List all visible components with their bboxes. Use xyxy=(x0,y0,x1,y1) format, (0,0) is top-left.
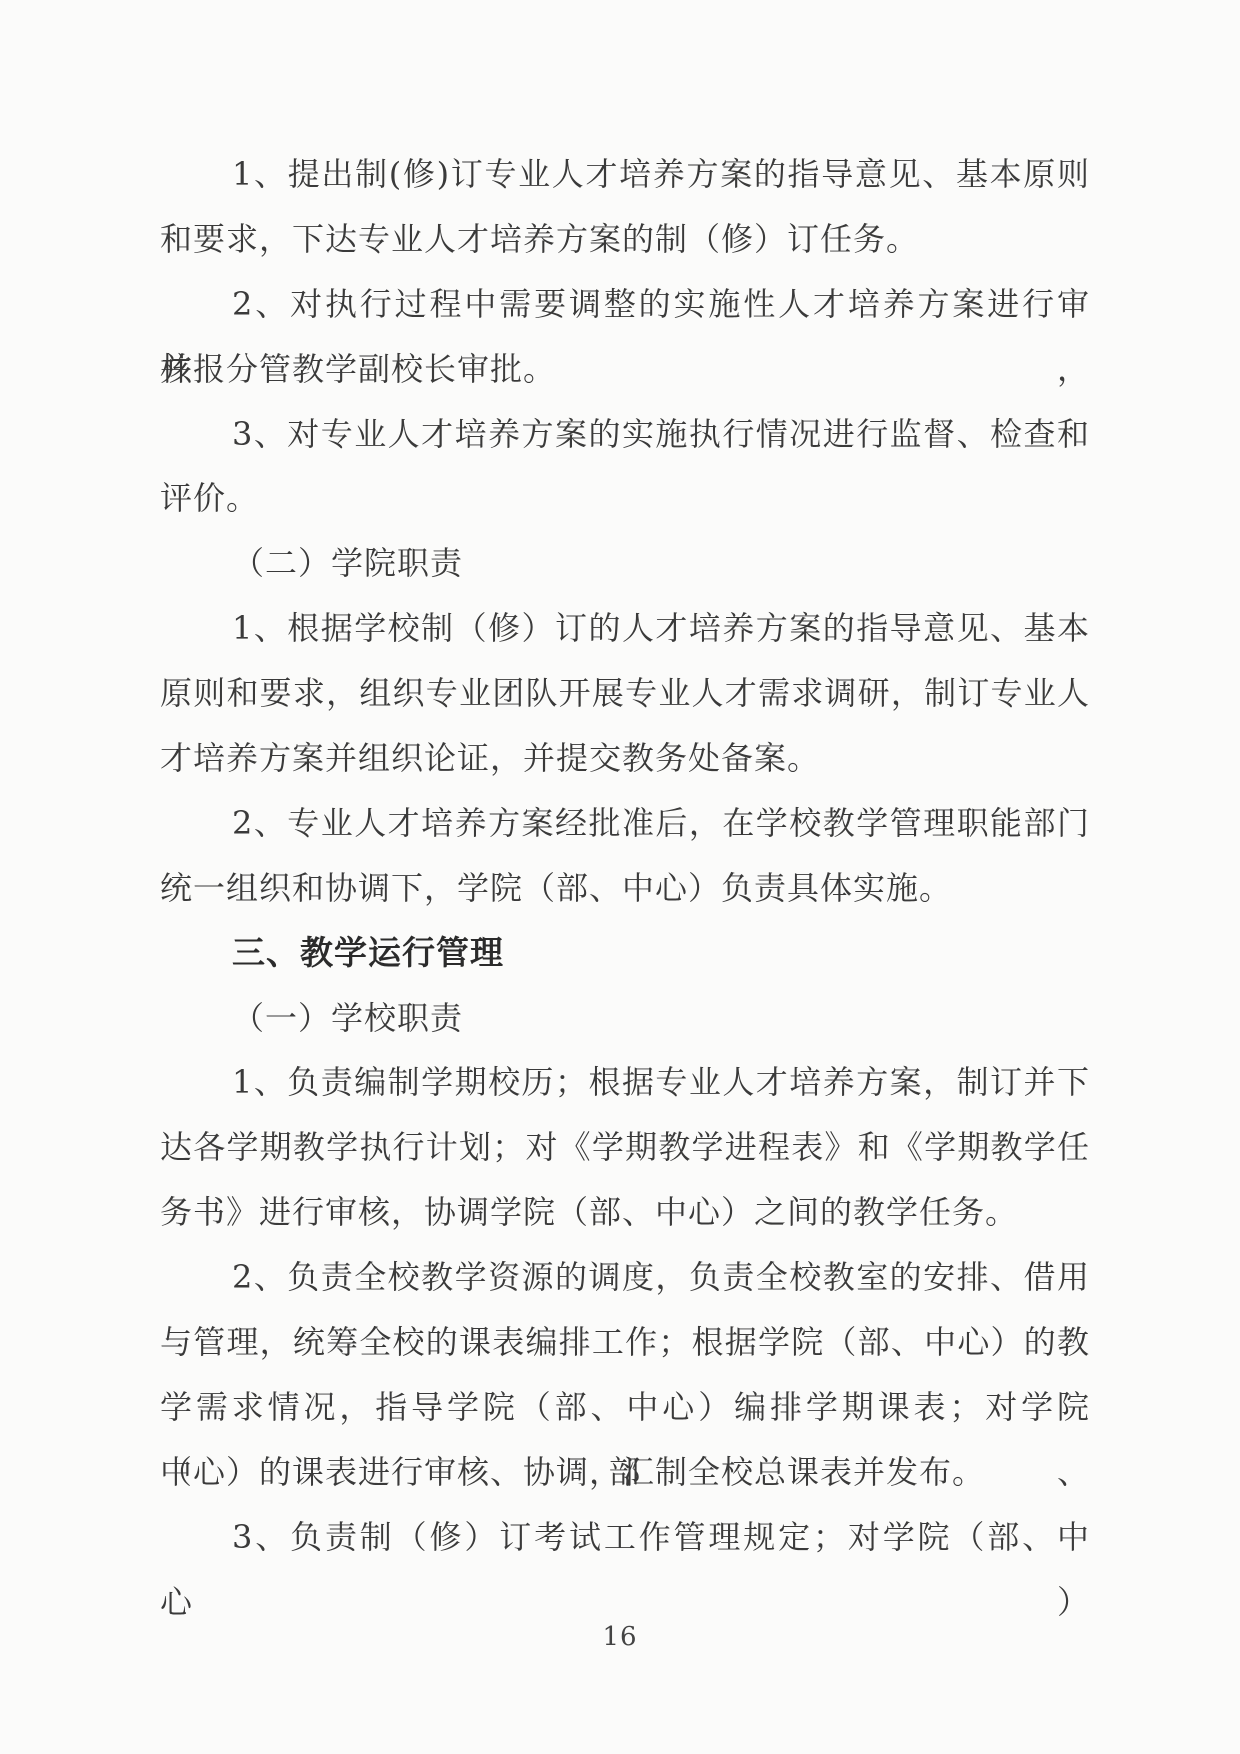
section-heading: 三、教学运行管理 xyxy=(160,921,1090,986)
text-line: （二）学院职责 xyxy=(160,531,1090,596)
text-line: （一）学校职责 xyxy=(160,986,1090,1051)
text-line: 1、提出制(修)订专业人才培养方案的指导意见、基本原则 xyxy=(160,142,1090,207)
text-line: 达各学期教学执行计划；对《学期教学进程表》和《学期教学任 xyxy=(160,1115,1090,1180)
document-body: 1、提出制(修)订专业人才培养方案的指导意见、基本原则和要求，下达专业人才培养方… xyxy=(160,142,1090,1570)
text-line: 2、专业人才培养方案经批准后，在学校教学管理职能部门 xyxy=(160,791,1090,856)
text-line: 学需求情况，指导学院（部、中心）编排学期课表；对学院（部、 xyxy=(160,1375,1090,1440)
text-line: 才培养方案并组织论证，并提交教务处备案。 xyxy=(160,726,1090,791)
text-line: 统一组织和协调下，学院（部、中心）负责具体实施。 xyxy=(160,856,1090,921)
text-line: 3、对专业人才培养方案的实施执行情况进行监督、检查和 xyxy=(160,402,1090,467)
text-line: 评价。 xyxy=(160,466,1090,531)
text-line: 2、对执行过程中需要调整的实施性人才培养方案进行审核， xyxy=(160,272,1090,337)
text-line: 中心）的课表进行审核、协调，汇制全校总课表并发布。 xyxy=(160,1440,1090,1505)
text-line: 原则和要求，组织专业团队开展专业人才需求调研，制订专业人 xyxy=(160,661,1090,726)
page-number: 16 xyxy=(0,1622,1240,1652)
text-line: 1、根据学校制（修）订的人才培养方案的指导意见、基本 xyxy=(160,596,1090,661)
text-line: 2、负责全校教学资源的调度，负责全校教室的安排、借用 xyxy=(160,1245,1090,1310)
document-page: 1、提出制(修)订专业人才培养方案的指导意见、基本原则和要求，下达专业人才培养方… xyxy=(0,0,1240,1754)
text-line: 1、负责编制学期校历；根据专业人才培养方案，制订并下 xyxy=(160,1050,1090,1115)
text-line: 务书》进行审核，协调学院（部、中心）之间的教学任务。 xyxy=(160,1180,1090,1245)
text-line: 与管理，统筹全校的课表编排工作；根据学院（部、中心）的教 xyxy=(160,1310,1090,1375)
text-line: 和要求，下达专业人才培养方案的制（修）订任务。 xyxy=(160,207,1090,272)
text-line: 3、负责制（修）订考试工作管理规定；对学院（部、中心） xyxy=(160,1505,1090,1570)
